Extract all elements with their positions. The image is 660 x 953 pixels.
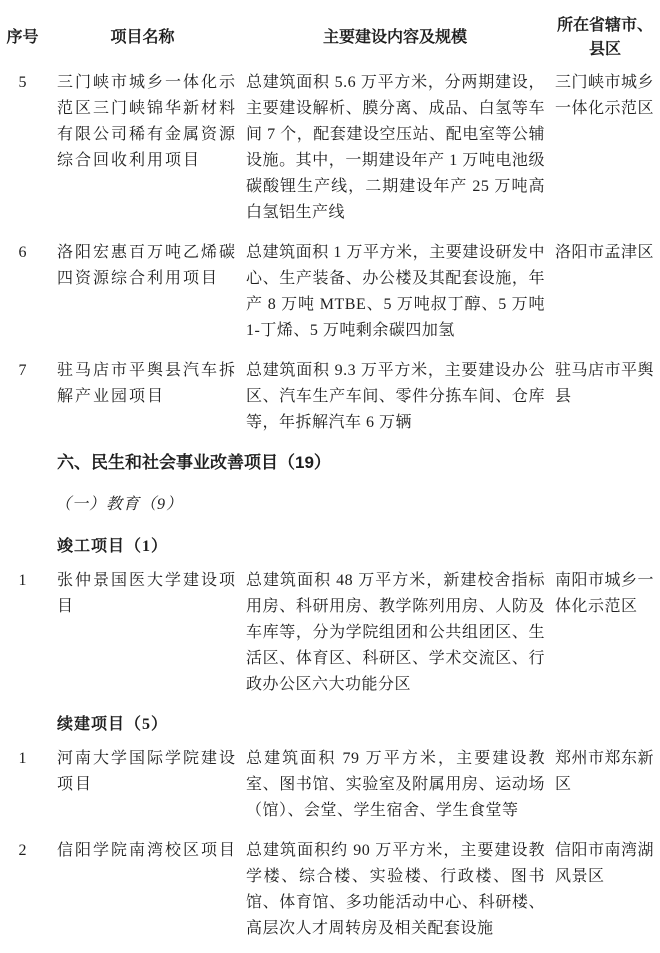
section-heading: 六、民生和社会事业改善项目（19） (0, 450, 660, 476)
project-number: 2 (0, 838, 45, 942)
project-content: 总建筑面积约 90 万平方米，主要建设教学楼、综合楼、实验楼、行政楼、图书馆、体… (240, 838, 550, 942)
status-subheading: 竣工项目（1） (0, 534, 660, 560)
column-header-project-name: 项目名称 (45, 26, 240, 50)
project-row: 6 洛阳宏惠百万吨乙烯碳四资源综合利用项目 总建筑面积 1 万平方米，主要建设研… (0, 240, 660, 344)
project-content: 总建筑面积 48 万平方米，新建校舍指标用房、科研用房、教学陈列用房、人防及车库… (240, 568, 550, 698)
column-header-location: 所在省辖市、县区 (550, 14, 660, 62)
project-name: 河南大学国际学院建设项目 (45, 746, 240, 824)
subsection-heading: （一）教育（9） (0, 492, 660, 518)
project-row: 2 信阳学院南湾校区项目 总建筑面积约 90 万平方米，主要建设教学楼、综合楼、… (0, 838, 660, 942)
project-location: 郑州市郑东新区 (550, 746, 660, 824)
project-name: 驻马店市平舆县汽车拆解产业园项目 (45, 358, 240, 436)
project-content: 总建筑面积 5.6 万平方米，分两期建设，主要建设解析、膜分离、成品、白氢等车间… (240, 70, 550, 226)
project-row: 1 张仲景国医大学建设项目 总建筑面积 48 万平方米，新建校舍指标用房、科研用… (0, 568, 660, 698)
project-number: 5 (0, 70, 45, 226)
project-name: 信阳学院南湾校区项目 (45, 838, 240, 942)
project-number: 1 (0, 568, 45, 698)
project-location: 三门峡市城乡一体化示范区 (550, 70, 660, 226)
project-content: 总建筑面积 79 万平方米，主要建设教室、图书馆、实验室及附属用房、运动场（馆）… (240, 746, 550, 824)
project-name: 张仲景国医大学建设项目 (45, 568, 240, 698)
project-row: 7 驻马店市平舆县汽车拆解产业园项目 总建筑面积 9.3 万平方米，主要建设办公… (0, 358, 660, 436)
project-row: 1 河南大学国际学院建设项目 总建筑面积 79 万平方米，主要建设教室、图书馆、… (0, 746, 660, 824)
project-name: 三门峡市城乡一体化示范区三门峡锦华新材料有限公司稀有金属资源综合回收利用项目 (45, 70, 240, 226)
table-header-row: 序号 项目名称 主要建设内容及规模 所在省辖市、县区 (0, 12, 660, 64)
status-subheading: 续建项目（5） (0, 712, 660, 738)
column-header-index: 序号 (0, 26, 45, 50)
document-page: 序号 项目名称 主要建设内容及规模 所在省辖市、县区 5 三门峡市城乡一体化示范… (0, 0, 660, 953)
project-location: 驻马店市平舆县 (550, 358, 660, 436)
project-content: 总建筑面积 1 万平方米，主要建设研发中心、生产装备、办公楼及其配套设施，年产 … (240, 240, 550, 344)
table-body: 5 三门峡市城乡一体化示范区三门峡锦华新材料有限公司稀有金属资源综合回收利用项目… (0, 70, 660, 942)
project-row: 5 三门峡市城乡一体化示范区三门峡锦华新材料有限公司稀有金属资源综合回收利用项目… (0, 70, 660, 226)
project-location: 洛阳市孟津区 (550, 240, 660, 344)
project-number: 6 (0, 240, 45, 344)
project-location: 南阳市城乡一体化示范区 (550, 568, 660, 698)
project-location: 信阳市南湾湖风景区 (550, 838, 660, 942)
project-number: 7 (0, 358, 45, 436)
column-header-content-scale: 主要建设内容及规模 (240, 26, 550, 50)
project-number: 1 (0, 746, 45, 824)
project-name: 洛阳宏惠百万吨乙烯碳四资源综合利用项目 (45, 240, 240, 344)
project-content: 总建筑面积 9.3 万平方米，主要建设办公区、汽车生产车间、零件分拣车间、仓库等… (240, 358, 550, 436)
